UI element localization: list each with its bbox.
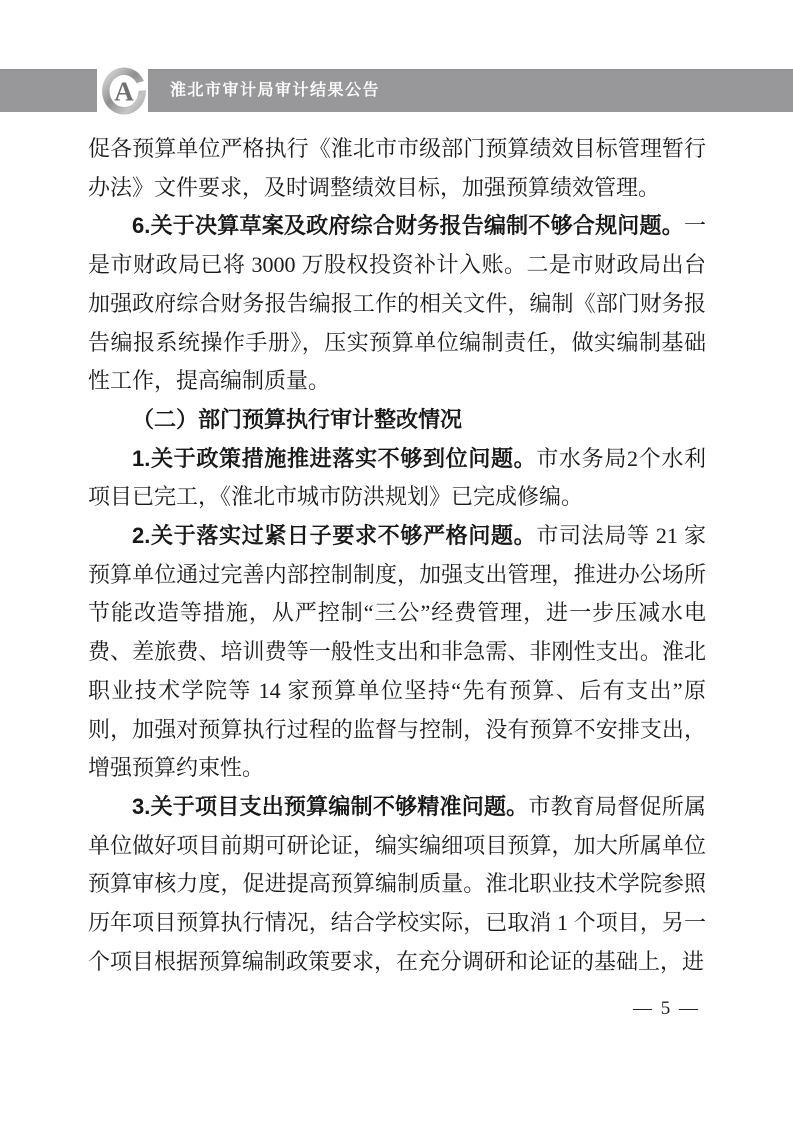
paragraph-text: 市司法局等 21 家预算单位通过完善内部控制制度，加强支出管理，推进办公场所节能… [88,523,706,780]
paragraph-lead: 2.关于落实过紧日子要求不够严格问题。 [132,523,536,548]
audit-logo-icon: A [100,66,148,116]
paragraph: 1.关于政策措施推进落实不够到位问题。市水务局2个水利项目已完工，《淮北市城市防… [88,440,706,517]
paragraph-lead: 1.关于政策措施推进落实不够到位问题。 [132,446,536,471]
paragraph-text: 一是市财政局已将 3000 万股权投资补计入账。二是市财政局出台加强政府综合财务… [88,213,706,393]
page-number: — 5 — [633,998,700,1020]
paragraph-text: 促各预算单位严格执行《淮北市市级部门预算绩效目标管理暂行办法》文件要求，及时调整… [88,136,706,200]
header-title: 淮北市审计局审计结果公告 [170,70,380,112]
document-page: A 淮北市审计局审计结果公告 促各预算单位严格执行《淮北市市级部门预算绩效目标管… [0,0,793,1122]
paragraph-text: 市教育局督促所属单位做好项目前期可研论证，编实编细项目预算，加大所属单位预算审核… [88,794,706,974]
paragraph-lead: 6.关于决算草案及政府综合财务报告编制不够合规问题。 [132,213,684,238]
paragraph: （二）部门预算执行审计整改情况 [88,401,706,440]
paragraph: 3.关于项目支出预算编制不够精准问题。市教育局督促所属单位做好项目前期可研论证，… [88,788,706,982]
svg-text:A: A [114,77,134,107]
body-text: 促各预算单位严格执行《淮北市市级部门预算绩效目标管理暂行办法》文件要求，及时调整… [88,130,706,981]
paragraph-lead: 3.关于项目支出预算编制不够精准问题。 [132,794,528,819]
paragraph: 6.关于决算草案及政府综合财务报告编制不够合规问题。一是市财政局已将 3000 … [88,207,706,401]
paragraph-lead: （二）部门预算执行审计整改情况 [132,407,462,432]
paragraph: 促各预算单位严格执行《淮北市市级部门预算绩效目标管理暂行办法》文件要求，及时调整… [88,130,706,207]
paragraph: 2.关于落实过紧日子要求不够严格问题。市司法局等 21 家预算单位通过完善内部控… [88,517,706,788]
